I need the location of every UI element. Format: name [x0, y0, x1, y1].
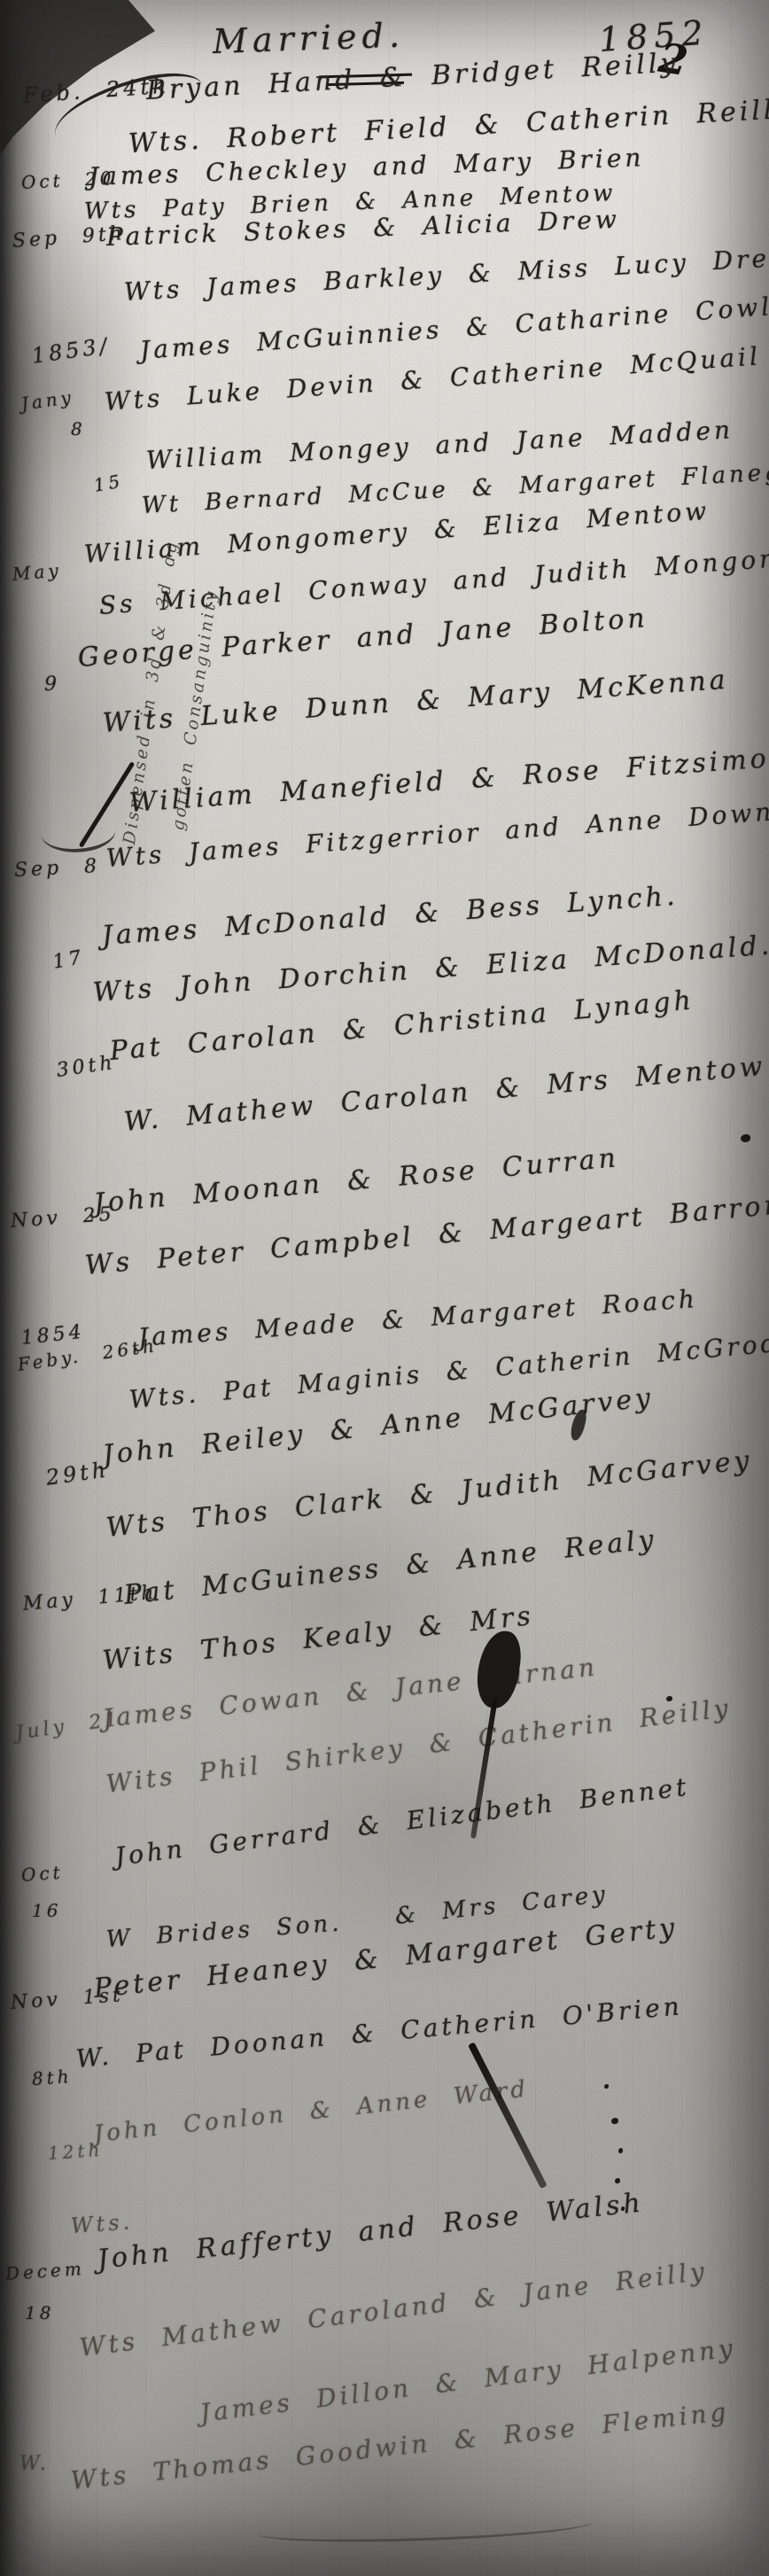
book-gutter-shadow — [0, 0, 53, 2576]
couple-line: William Mongey and Jane Madden — [145, 417, 734, 473]
witness-line: W Brides Son. — [105, 1911, 343, 1951]
witness-line: Wits Thos Kealy & Mrs — [101, 1603, 535, 1675]
witness-line: Wts Thos Clark & Judith McGarvey — [105, 1447, 753, 1541]
witness-line: & Mrs Carey — [394, 1883, 610, 1928]
ink-spot — [741, 1134, 750, 1142]
witness-line: Wts Mathew Caroland & Jane Reilly — [78, 2259, 709, 2361]
witness-line: Wts. Robert Field & Catherin Reilly — [128, 97, 769, 158]
register-page: Married. 1852 2 Dispensed in 3d & 3d dg … — [0, 0, 769, 2576]
entry-date: 29th — [44, 1459, 110, 1489]
witness-line: W. Mathew Carolan & Mrs Mentow — [123, 1054, 767, 1136]
entry-date: 9 — [44, 675, 60, 695]
couple-line: John Gerrard & Elizabeth Bennet — [113, 1775, 691, 1870]
entry-date: 15 — [92, 471, 124, 494]
page-title: Married. — [212, 18, 405, 58]
ink-stroke-diagonal — [468, 2042, 548, 2189]
ink-spot — [666, 1696, 672, 1701]
entry-date: 8 — [71, 420, 86, 438]
ink-spot — [604, 2084, 609, 2089]
entry-date: Decem — [4, 2260, 85, 2283]
couple-line: John Moonan & Rose Curran — [93, 1145, 620, 1218]
ink-blot-large — [473, 1628, 524, 1711]
entry-date: Oct — [20, 1864, 64, 1884]
couple-line: John Rafferty and Rose Walsh — [96, 2190, 645, 2274]
entry-date: W. — [19, 2455, 50, 2474]
entry-date: 8th — [31, 2067, 73, 2088]
entry-date: May — [12, 561, 62, 583]
entry-date: 30th — [55, 1054, 116, 1081]
couple-line: John Conlon & Anne Ward — [93, 2077, 530, 2145]
witness-line: Wts. — [70, 2211, 134, 2237]
ink-spot — [611, 2118, 618, 2124]
couple-line: Pat McGuiness & Anne Realy — [122, 1527, 658, 1609]
witness-line: Wts Thomas Goodwin & Rose Fleming — [70, 2400, 731, 2494]
entry-date: Sep 8 — [13, 857, 100, 881]
ink-spot — [615, 2178, 620, 2183]
ink-spot — [621, 2206, 625, 2211]
witness-line: W. Pat Doonan & Catherin O'Brien — [75, 1994, 684, 2072]
couple-line: James McDonald & Bess Lynch. — [101, 883, 679, 950]
entry-date: 17 — [51, 948, 86, 973]
ink-spot — [618, 2148, 623, 2153]
entry-date: 16 — [32, 1902, 61, 1919]
witness-line: Wts James Barkley & Miss Lucy Drew — [123, 245, 769, 305]
entry-date: Jany — [20, 388, 75, 413]
couple-line: James Meade & Margaret Roach — [137, 1287, 699, 1350]
entry-date: 18 — [25, 2304, 54, 2322]
pen-flourish-bottom — [257, 2509, 594, 2546]
